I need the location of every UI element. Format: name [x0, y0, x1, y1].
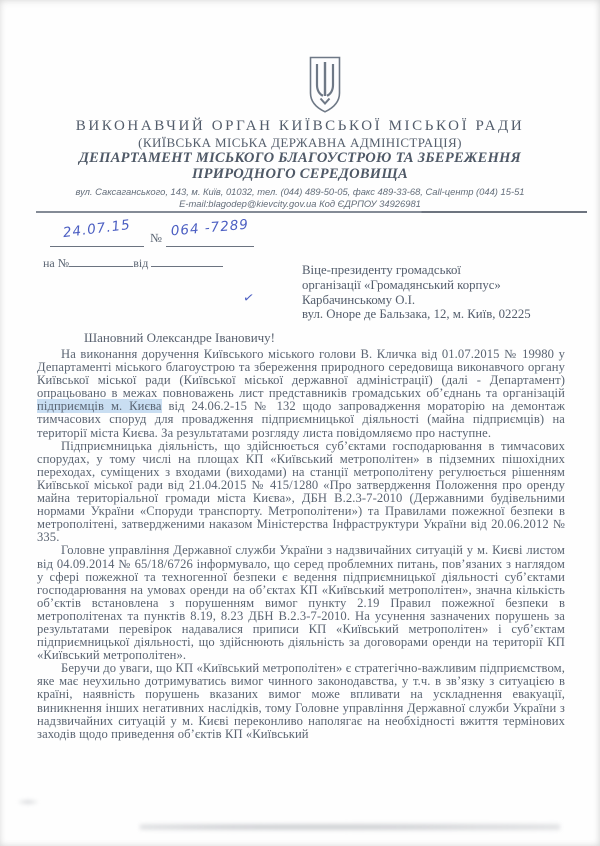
scan-smudge [140, 822, 560, 832]
ukraine-trident-emblem-icon [307, 55, 343, 115]
handwritten-number: 064 -7289 [170, 217, 249, 240]
date-field: 24.07.15 [50, 222, 144, 247]
letterhead-divider [36, 211, 587, 213]
reply-date-field [151, 252, 223, 267]
paragraph-1: На виконання доручення Київського місько… [37, 348, 565, 440]
incoming-reference-row: на №від [43, 252, 223, 271]
salutation: Шановний Олександре Івановичу! [84, 330, 275, 346]
org-name-line2: (КИЇВСЬКА МІСЬКА ДЕРЖАВНА АДМІНІСТРАЦІЯ) [0, 135, 600, 151]
handwritten-checkmark: ✓ [242, 290, 255, 307]
scan-smudge [16, 798, 40, 806]
reply-number-field [69, 252, 133, 267]
department-name-line1: ДЕПАРТАМЕНТ МІСЬКОГО БЛАГОУСТРОЮ ТА ЗБЕР… [0, 150, 600, 167]
letter-body: На виконання доручення Київського місько… [37, 348, 565, 741]
org-address: вул. Саксаганського, 143, м. Київ, 01032… [0, 186, 600, 197]
paragraph-3: Головне управління Державної служби Укра… [37, 544, 565, 662]
department-name-line2: ПРИРОДНОГО СЕРЕДОВИЩА [0, 166, 600, 183]
recipient-title-line: Віце-президенту громадської [302, 263, 531, 278]
recipient-block: Віце-президенту громадської організації … [302, 263, 531, 322]
paragraph-2: Підприємницька діяльність, що здійснюєть… [37, 440, 565, 545]
reply-to-label: на № [43, 256, 69, 270]
org-email-edrpou: E-mail:blagodep@kievcity.gov.ua Код ЄДРП… [0, 198, 600, 209]
paragraph-4: Беручи до уваги, що КП «Київський метроп… [37, 662, 565, 741]
org-name-line1: ВИКОНАВЧИЙ ОРГАН КИЇВСЬКОЇ МІСЬКОЇ РАДИ [0, 118, 600, 135]
highlighted-text: підприємців м. Києва [37, 399, 162, 413]
handwritten-date: 24.07.15 [62, 217, 132, 241]
paragraph-1-text-before: На виконання доручення Київського місько… [37, 347, 565, 400]
recipient-name-line: Карбачинському О.І. [302, 293, 531, 308]
reply-from-label: від [133, 256, 148, 270]
number-sign-label: № [150, 231, 162, 245]
outgoing-reference-row: 24.07.15№064 -7289 [50, 222, 254, 247]
recipient-address-line: вул. Оноре де Бальзака, 12, м. Київ, 022… [302, 307, 531, 322]
letter-page: ВИКОНАВЧИЙ ОРГАН КИЇВСЬКОЇ МІСЬКОЇ РАДИ … [0, 0, 600, 846]
recipient-organization-line: організації «Громадянський корпус» [302, 278, 531, 293]
number-field: 064 -7289 [166, 222, 254, 247]
